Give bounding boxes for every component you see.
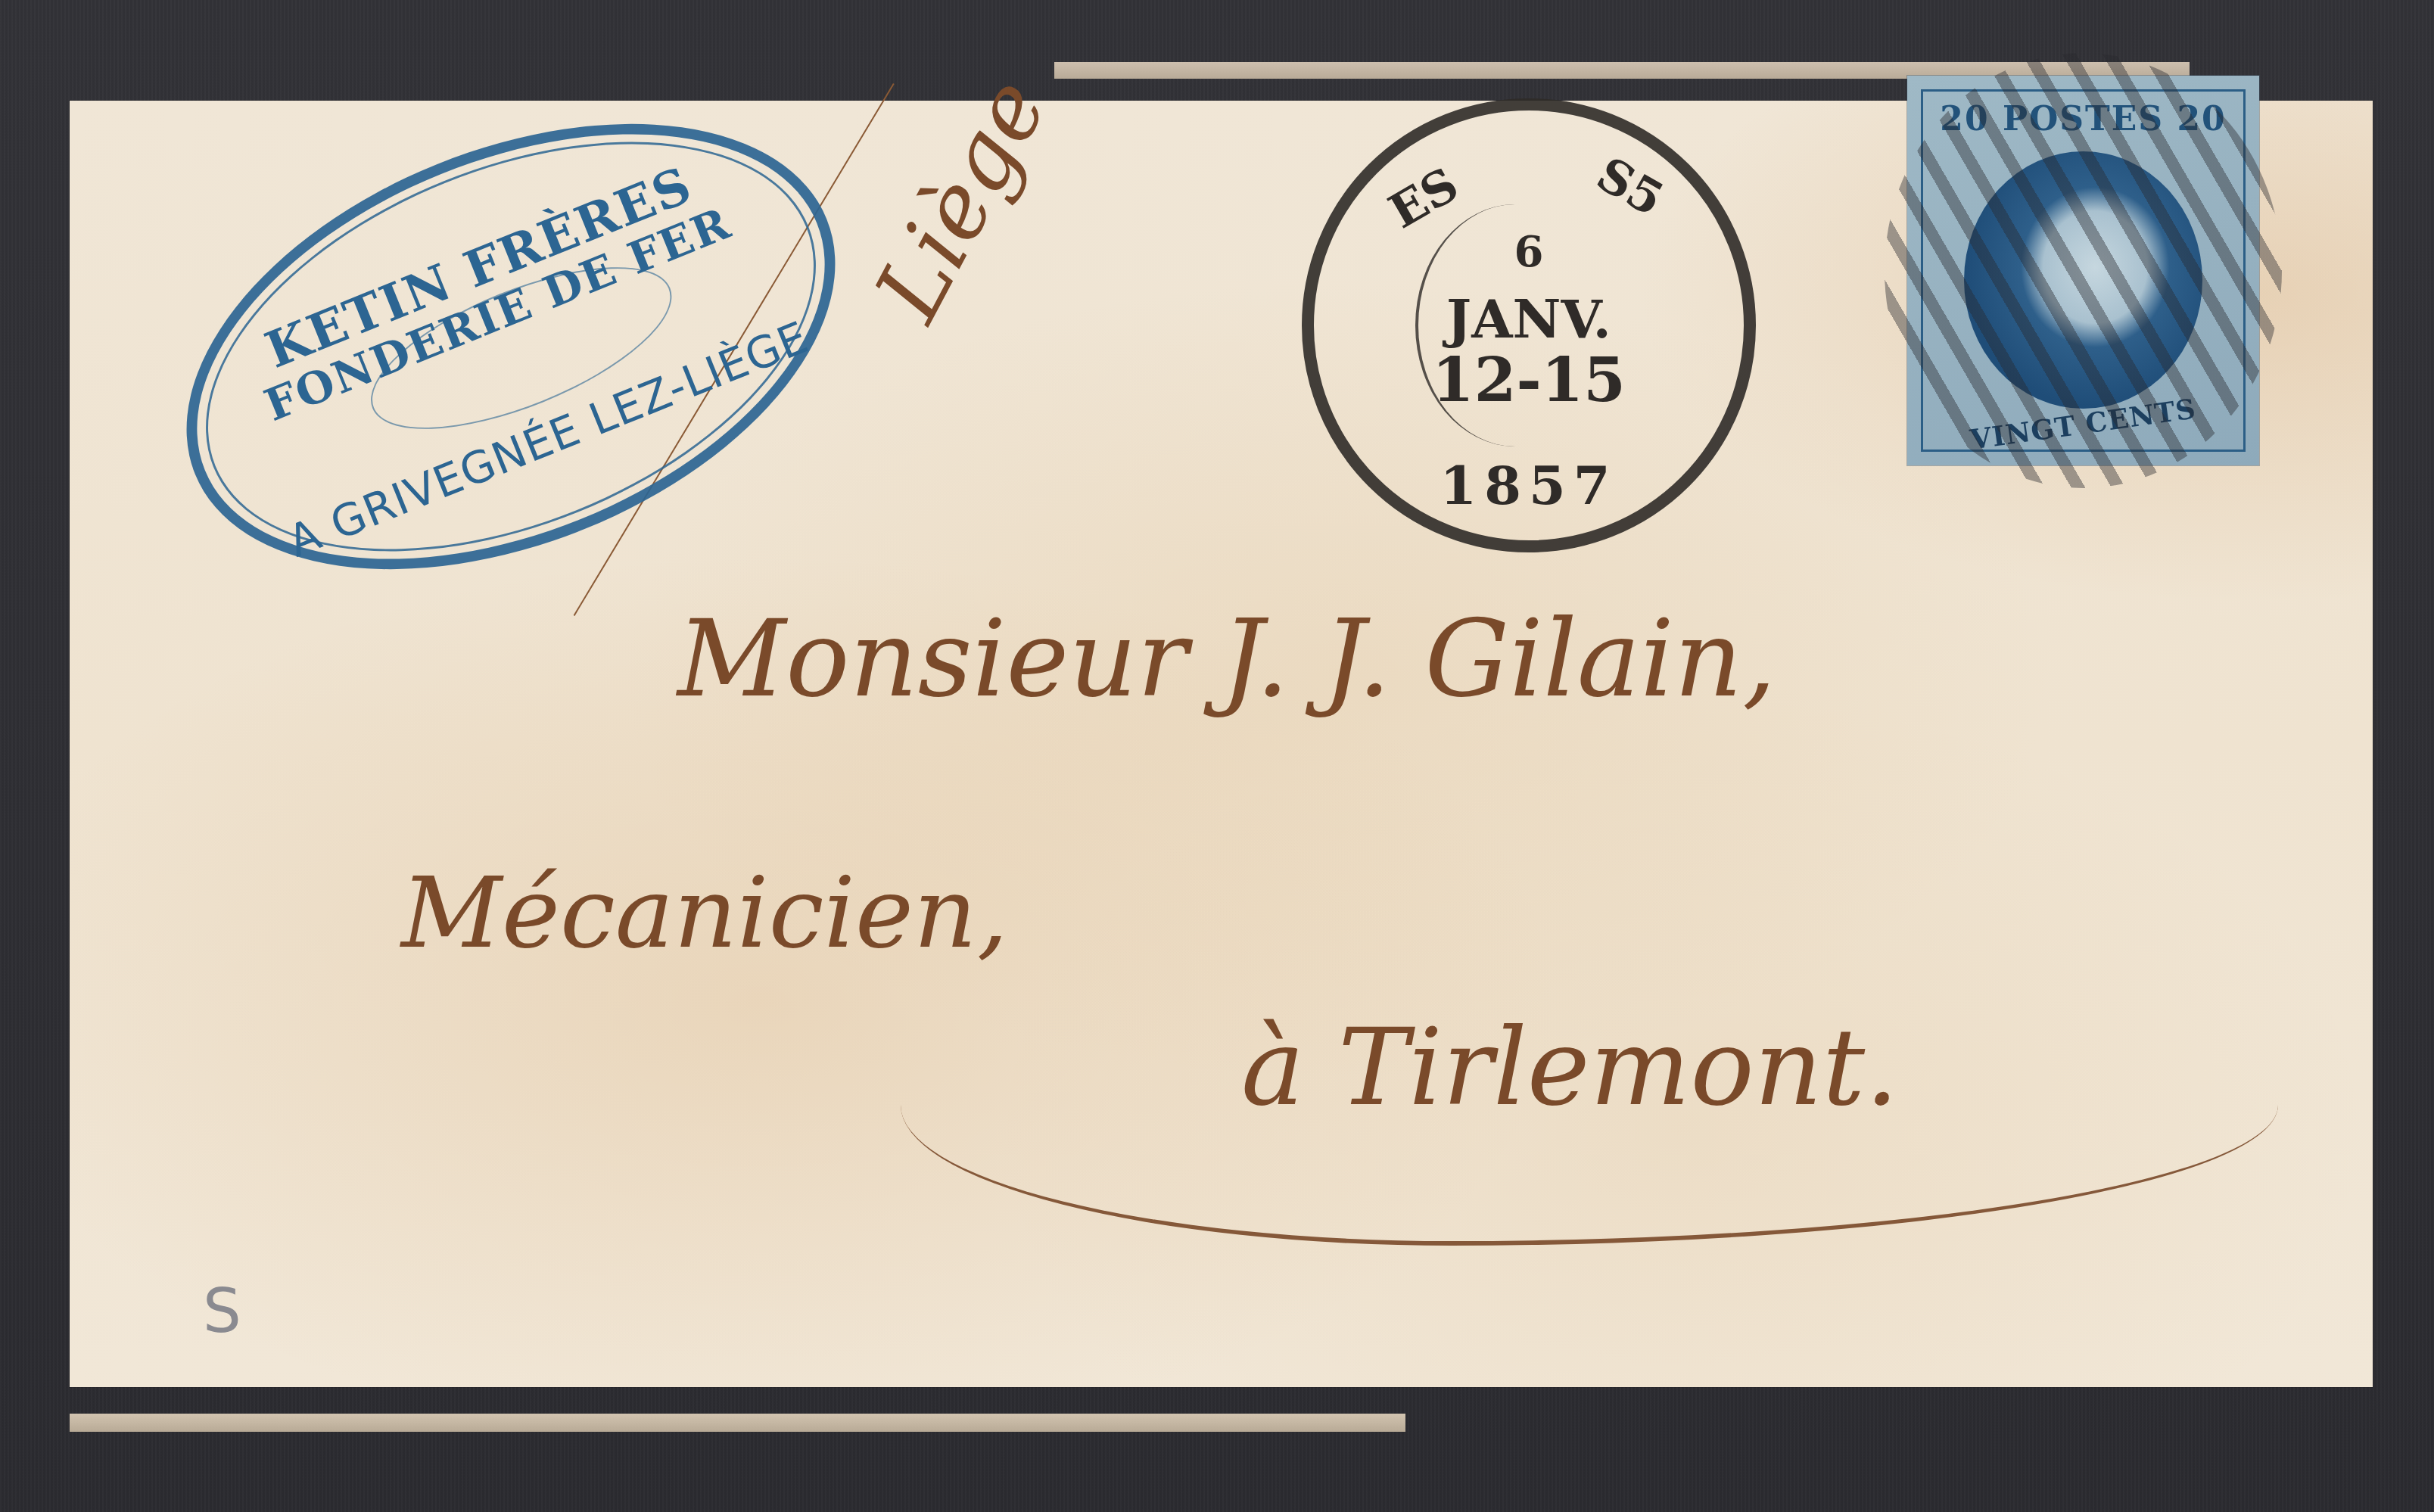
- postmark-month: JANV.: [1302, 288, 1756, 350]
- postmark-day: 6: [1302, 227, 1756, 277]
- circular-datestamp: ES S5 6 JANV. 12-15 1857: [1302, 98, 1756, 552]
- postmark-year: 1857: [1302, 454, 1756, 517]
- back-flap-bottom-edge: [70, 1414, 1405, 1432]
- address-occupation: Mécanicien,: [401, 855, 1008, 970]
- pencil-mark: S: [203, 1276, 241, 1346]
- postmark-time: 12-15: [1302, 344, 1756, 415]
- postage-stamp: 20 POSTES 20 VINGT CENTS: [1907, 76, 2259, 465]
- address-recipient: Monsieur J. J. Gilain,: [677, 598, 1776, 721]
- stamp-bar-cancel: [1885, 53, 2282, 488]
